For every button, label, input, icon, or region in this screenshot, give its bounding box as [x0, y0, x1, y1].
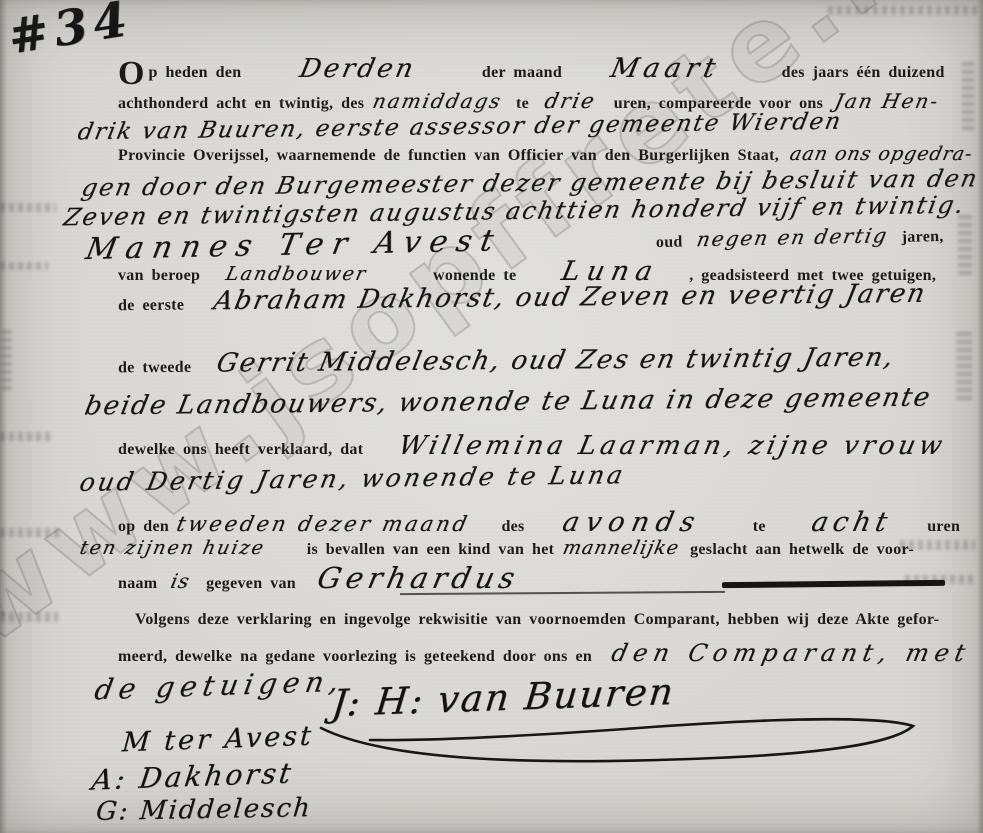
- handwritten-text: mannelijke: [561, 537, 682, 561]
- handwritten-text: Abraham Dakhorst, oud Zeven en veertig J…: [211, 278, 930, 318]
- document-line: meerd, dewelke na gedane voorlezing is g…: [118, 638, 971, 668]
- signature-witness-3: G: Middelesch: [95, 793, 313, 827]
- printed-text: geslacht aan hetwelk de voor-: [690, 541, 914, 558]
- ink-bar: [722, 580, 945, 588]
- printed-text: Provincie Overijssel, waarnemende de fun…: [118, 147, 779, 164]
- printed-text: jaren,: [902, 228, 944, 246]
- document-line: O p heden den Derden der maand Maart des…: [118, 52, 945, 86]
- document-line: beide Landbouwers, wonende te Luna in de…: [85, 382, 932, 423]
- handwritten-text: de getuigen,: [92, 664, 348, 708]
- printed-text: oud: [656, 233, 683, 251]
- handwritten-text: beide Landbouwers, wonende te Luna in de…: [82, 382, 935, 423]
- printed-text: gegeven van: [206, 575, 296, 592]
- handwritten-text: tweeden dezer maand: [174, 511, 472, 537]
- bleedthrough-mark: [956, 330, 972, 400]
- handwritten-text: is: [169, 569, 193, 594]
- document-line: oud Dertig Jaren, wonende te Luna: [80, 459, 626, 498]
- signature-witness-1: M ter Avest: [121, 721, 315, 759]
- bleedthrough-mark: [0, 432, 52, 441]
- printed-text: de tweede: [118, 359, 191, 377]
- bleedthrough-mark: [828, 6, 978, 15]
- printed-text: naam: [118, 575, 157, 592]
- document-line: ten zijnen huize is bevallen van een kin…: [80, 537, 914, 561]
- handwritten-text: Gerhardus: [314, 560, 523, 596]
- birth-record-scan: www.jsopffrete.nl #34 O p heden den Derd…: [0, 0, 983, 833]
- printed-text: des jaars één duizend: [782, 64, 945, 81]
- bleedthrough-mark: [2, 330, 12, 390]
- bleedthrough-mark: [962, 60, 974, 130]
- signature-witness-2: A: Dakhorst: [90, 756, 296, 796]
- handwritten-text: negen en dertig: [694, 223, 890, 252]
- document-line: de tweede Gerrit Middelesch, oud Zes en …: [118, 342, 895, 381]
- handwritten-text: den Comparant, met: [609, 638, 974, 668]
- printed-text: achthonderd acht en twintig, des: [118, 95, 364, 112]
- act-number-value: 34: [50, 0, 137, 58]
- handwritten-text: Gerrit Middelesch, oud Zes en twintig Ja…: [214, 342, 898, 380]
- document-line: dewelke ons heeft verklaard, dat Willemi…: [118, 430, 946, 463]
- printed-text: op den: [118, 518, 169, 535]
- handwritten-text: avonds: [559, 506, 704, 540]
- bleedthrough-mark: [0, 528, 60, 537]
- scan-edge-left: [0, 0, 7, 833]
- document-line: Volgens deze verklaring en ingevolge rek…: [135, 610, 939, 630]
- printed-text: O: [118, 55, 144, 92]
- printed-text: uren: [927, 518, 960, 535]
- act-number: #34: [4, 0, 136, 65]
- bleedthrough-mark: [958, 215, 972, 275]
- document-line: naam is gegeven van Gerhardus: [118, 560, 519, 596]
- printed-text: de eerste: [118, 297, 184, 315]
- printed-text: te: [516, 95, 529, 112]
- handwritten-text: acht: [808, 506, 895, 540]
- document-line: de getuigen,: [94, 664, 345, 708]
- handwritten-text: ten zijnen huize: [77, 537, 267, 561]
- printed-text: van beroep: [118, 267, 200, 284]
- printed-text: p heden den: [148, 64, 241, 81]
- bleedthrough-mark: [0, 262, 48, 270]
- printed-text: Volgens deze verklaring en ingevolge rek…: [135, 611, 939, 628]
- printed-text: der maand: [482, 64, 562, 81]
- bleedthrough-mark: [0, 612, 58, 622]
- handwritten-text: Derden: [297, 53, 419, 86]
- handwritten-text: Willemina Laarman, zijne vrouw: [396, 430, 949, 463]
- document-line: op den tweeden dezer maand des avonds te…: [118, 506, 960, 540]
- printed-text: des: [501, 518, 524, 535]
- bleedthrough-mark: [0, 203, 56, 212]
- handwritten-text: Maart: [607, 52, 723, 86]
- scan-edge-right: [977, 0, 983, 833]
- printed-text: te: [753, 518, 766, 535]
- printed-text: meerd, dewelke na gedane voorlezing is g…: [118, 648, 592, 665]
- signature-official: J: H: van Buuren: [330, 670, 677, 725]
- handwritten-text: Jan Hen-: [832, 89, 941, 114]
- handwritten-text: oud Dertig Jaren, wonende te Luna: [77, 459, 628, 498]
- printed-text: dewelke ons heeft verklaard, dat: [118, 441, 363, 458]
- document-line: Provincie Overijssel, waarnemende de fun…: [118, 143, 972, 167]
- handwritten-text: namiddags: [371, 89, 505, 114]
- printed-text: is bevallen van een kind van het: [307, 541, 555, 558]
